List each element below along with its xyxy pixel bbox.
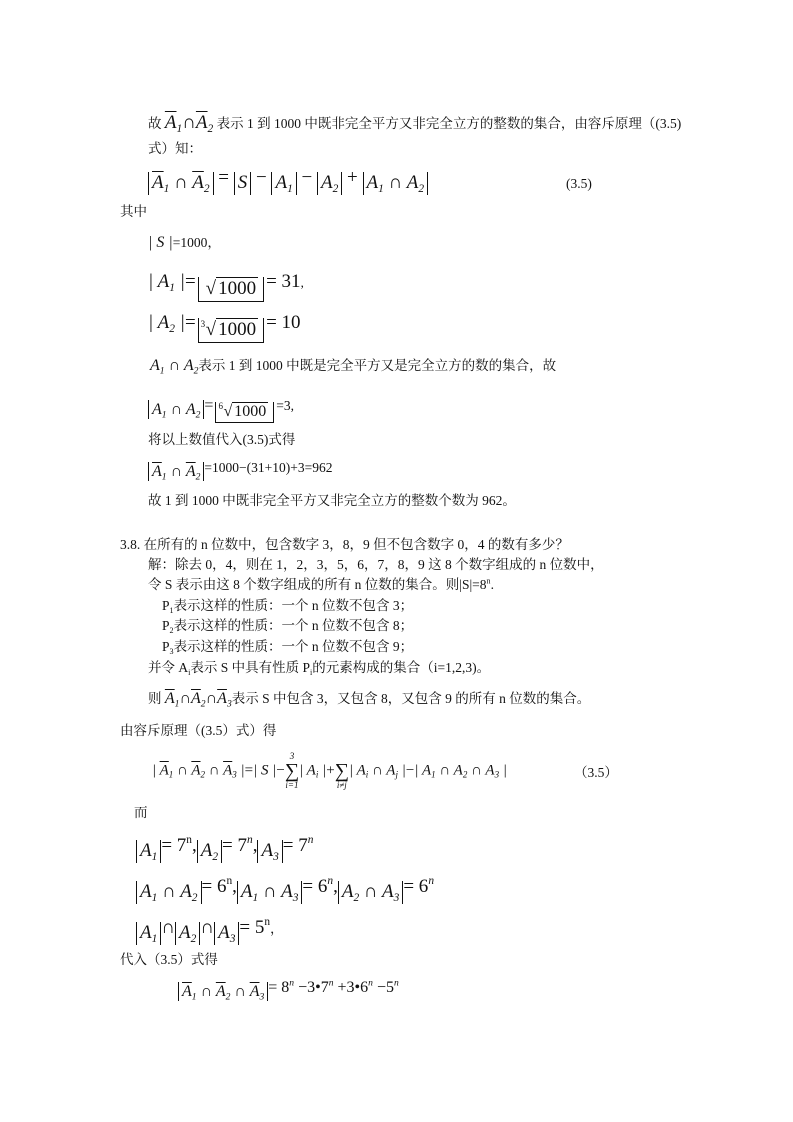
a1-cardinality: | A1 |=√1000= 31, (148, 272, 304, 302)
ai-text-b: 表示 S 中具有性质 P (190, 660, 310, 675)
a2-cardinality: | A2 |=3√1000= 10 (148, 313, 301, 343)
sum-lower: i≠j (335, 781, 349, 790)
term3: +3•6 (334, 979, 369, 996)
pair-cardinalities: A1 ∩ A2= 6n,A1 ∩ A3= 6n,A2 ∩ A3= 6n (136, 877, 434, 904)
equation-3-5-three-sets: | A1 ∩ A2 ∩ A3 |=| S |−3∑i=1| Ai |+ ∑i≠j… (152, 752, 507, 790)
equation-tag: (3.5) (566, 177, 592, 191)
single-cardinalities: A1= 7n,A2= 7n,A3= 7n (136, 836, 313, 863)
a1-value: = 31 (266, 271, 300, 292)
prop-letter: P (162, 639, 170, 654)
intersection-desc: A1 ∩ A2表示 1 到 1000 中既是完全平方又是完全立方的数的集合，故 (150, 358, 556, 374)
radicand: 1000 (232, 402, 268, 420)
tail: ， (270, 921, 283, 936)
then-prefix: 则 (148, 691, 162, 706)
comma: , (301, 275, 304, 290)
intersection-text: 表示 1 到 1000 中既是完全平方又是完全立方的数的集合，故 (198, 358, 556, 373)
text-prefix: 故 (148, 116, 162, 131)
result-line: A1 ∩ A2=1000−(31+10)+3=962 (148, 461, 332, 481)
term1: = 8 (268, 979, 289, 996)
ai-text-a: 并令 A (148, 660, 188, 675)
value: = 6 (202, 876, 227, 897)
a12-cardinality: A1 ∩ A2=6√1000=3, (148, 398, 294, 423)
property-p3: P3表示这样的性质：一个 n 位数不包含 9； (162, 640, 413, 654)
by-pie-line: 由容斥原理（(3.5）式）得 (120, 724, 276, 738)
then-line: 则 A1∩A2∩A3表示 S 中包含 3，又包含 8，又包含 9 的所有 n 位… (148, 691, 590, 707)
radicand: 1000 (216, 318, 258, 340)
ai-definition: 并令 Ai表示 S 中具有性质 Pi的元素构成的集合（i=1,2,3)。 (148, 661, 490, 675)
substitute-line: 将以上数值代入(3.5)式得 (148, 433, 295, 447)
root-index: 6 (218, 396, 223, 417)
solution-line-2: 令 S 表示由这 8 个数字组成的所有 n 位数的集合。则|S|=8n. (148, 578, 494, 592)
er-label: 而 (134, 806, 148, 820)
then-text: 表示 S 中包含 3，又包含 8，又包含 9 的所有 n 位数的集合。 (232, 691, 591, 706)
value: = 5 (239, 917, 264, 938)
solution-line-1: 解：除去 0，4，则在 1，2，3，5，6，7，8，9 这 8 个数字组成的 n… (148, 558, 604, 572)
question-text: 在所有的 n 位数中，包含数字 3，8，9 但不包含数字 0，4 的数有多少？ (144, 537, 569, 552)
prop-letter: P (162, 598, 170, 613)
term4: −5 (373, 979, 394, 996)
equation-tag: （3.5） (574, 766, 618, 780)
qizhong-label: 其中 (120, 205, 147, 219)
ai-text-c: 的元素构成的集合（i=1,2,3)。 (312, 660, 490, 675)
equation-3-5-two-sets: A1 ∩ A2 = S − A1 − A2 + A1 ∩ A2 (148, 168, 428, 195)
question-3-8: 3.8. 在所有的 n 位数中，包含数字 3，8，9 但不包含数字 0，4 的数… (120, 538, 569, 552)
result-value: =1000−(31+10)+3=962 (204, 460, 332, 475)
a2-value: = 10 (266, 312, 300, 333)
intro-cont: 式）知： (148, 142, 202, 156)
value: = 7 (161, 835, 186, 856)
prop-text: 表示这样的性质：一个 n 位数不包含 8； (174, 618, 414, 633)
sum-lower: i=1 (285, 781, 299, 790)
property-p1: P1表示这样的性质：一个 n 位数不包含 3； (162, 599, 413, 613)
prop-text: 表示这样的性质：一个 n 位数不包含 9； (174, 639, 414, 654)
final-formula: A1 ∩ A2 ∩ A3= 8n −3•7n +3•6n −5n (178, 980, 399, 1001)
conclusion-line: 故 1 到 1000 中既非完全平方又非完全立方的整数个数为 962。 (148, 494, 516, 508)
s-value: =1000， (173, 235, 221, 250)
sol2-text: 令 S 表示由这 8 个数字组成的所有 n 位数的集合。则|S|=8 (148, 577, 487, 592)
question-number: 3.8. (120, 537, 140, 552)
complement-intersection-expr: A1∩A2 (165, 112, 213, 133)
substitute-line-2: 代入（3.5）式得 (120, 953, 218, 967)
triple-cardinality: A1∩A2∩A3= 5n， (136, 918, 283, 945)
intro-text: 表示 1 到 1000 中既非完全平方又非完全立方的整数的集合，由容斥原理（(3… (217, 116, 682, 131)
s-cardinality: | S |=1000， (148, 235, 221, 251)
prop-text: 表示这样的性质：一个 n 位数不包含 3； (174, 598, 414, 613)
intro-line: 故 A1∩A2 表示 1 到 1000 中既非完全平方又非完全立方的整数的集合，… (148, 113, 681, 132)
root-index: 3 (201, 312, 206, 337)
prop-letter: P (162, 618, 170, 633)
sol2-end: . (491, 577, 494, 592)
radicand: 1000 (216, 277, 258, 299)
property-p2: P2表示这样的性质：一个 n 位数不包含 8； (162, 619, 413, 633)
term2: −3•7 (294, 979, 329, 996)
a12-value: =3, (276, 398, 294, 413)
